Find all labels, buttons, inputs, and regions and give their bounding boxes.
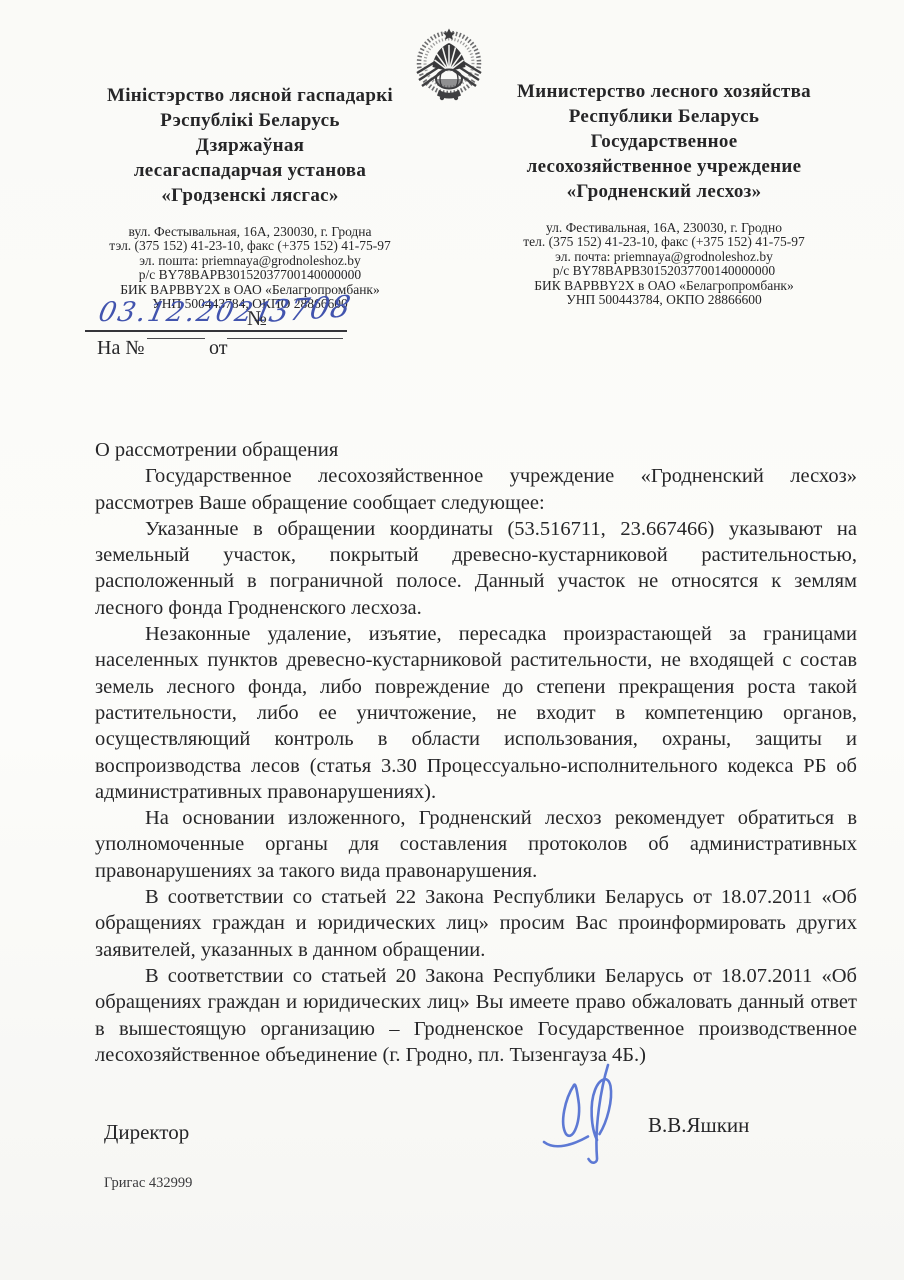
bank-name-line: БИК BAPBBY2X в ОАО «Белагропромбанк»: [510, 279, 818, 293]
org-name-line: Республики Беларусь: [510, 104, 818, 129]
bank-name-line: БИК BAPBBY2X в ОАО «Белагропромбанк»: [78, 283, 422, 297]
state-emblem-icon: [412, 26, 486, 102]
org-name-block: Министерство лесного хозяйства Республик…: [510, 79, 818, 204]
incoming-date-label: от: [209, 337, 227, 360]
number-sign: №: [247, 306, 267, 331]
body-paragraph: Государственное лесохозяйственное учрежд…: [95, 463, 857, 516]
registration-codes-line: УНП 500443784, ОКПО 28866600: [510, 293, 818, 307]
email-line: эл. пошта: priemnaya@grodnoleshoz.by: [78, 254, 422, 268]
handwritten-signature-icon: [528, 1058, 648, 1170]
body-paragraph: На основании изложенного, Гродненский ле…: [95, 805, 857, 884]
body-paragraph: В соответствии со статьей 22 Закона Респ…: [95, 884, 857, 963]
org-name-line: Министерство лесного хозяйства: [510, 79, 818, 104]
contact-block: ул. Фестивальная, 16А, 230030, г. Гродно…: [510, 221, 818, 307]
org-name-line: лесагаспадарчая установа: [78, 158, 422, 183]
org-name-line: Міністэрство лясной гаспадаркі: [78, 83, 422, 108]
executor-note: Григас 432999: [104, 1175, 192, 1192]
incoming-date-blank: [227, 338, 343, 339]
letter-body: О рассмотрении обращения Государственное…: [95, 437, 857, 1068]
org-name-line: Рэспублікі Беларусь: [78, 108, 422, 133]
signer-title: Директор: [104, 1120, 189, 1145]
phone-line: тэл. (375 152) 41-23-10, факс (+375 152)…: [78, 239, 422, 253]
org-name-line: «Гродзенскі лясгас»: [78, 183, 422, 208]
bank-account-line: р/с BY78BAPB30152037700140000000: [510, 264, 818, 278]
body-paragraph: В соответствии со статьей 20 Закона Респ…: [95, 963, 857, 1068]
subject-line: О рассмотрении обращения: [95, 437, 857, 463]
email-line: эл. почта: priemnaya@grodnoleshoz.by: [510, 250, 818, 264]
org-name-line: Государственное: [510, 129, 818, 154]
body-paragraph: Незаконные удаление, изъятие, пересадка …: [95, 621, 857, 805]
letterhead-left: Міністэрство лясной гаспадаркі Рэспублік…: [78, 83, 422, 311]
org-name-line: лесохозяйственное учреждение: [510, 154, 818, 179]
letterhead-right: Министерство лесного хозяйства Республик…: [510, 79, 818, 307]
date-number-underline: [85, 330, 347, 332]
incoming-number-label: На №: [97, 337, 144, 360]
handwritten-number: 3708: [266, 289, 354, 330]
address-line: вул. Фестывальная, 16А, 230030, г. Гродн…: [78, 225, 422, 239]
body-paragraph: Указанные в обращении координаты (53.516…: [95, 516, 857, 621]
incoming-number-blank: [147, 338, 205, 339]
org-name-line: Дзяржаўная: [78, 133, 422, 158]
phone-line: тел. (375 152) 41-23-10, факс (+375 152)…: [510, 235, 818, 249]
signer-name: В.В.Яшкин: [648, 1113, 749, 1138]
letter-page: Міністэрство лясной гаспадаркі Рэспублік…: [0, 0, 904, 1280]
org-name-block: Міністэрство лясной гаспадаркі Рэспублік…: [78, 83, 422, 208]
org-name-line: «Гродненский лесхоз»: [510, 179, 818, 204]
bank-account-line: р/с BY78BAPB30152037700140000000: [78, 268, 422, 282]
address-line: ул. Фестивальная, 16А, 230030, г. Гродно: [510, 221, 818, 235]
